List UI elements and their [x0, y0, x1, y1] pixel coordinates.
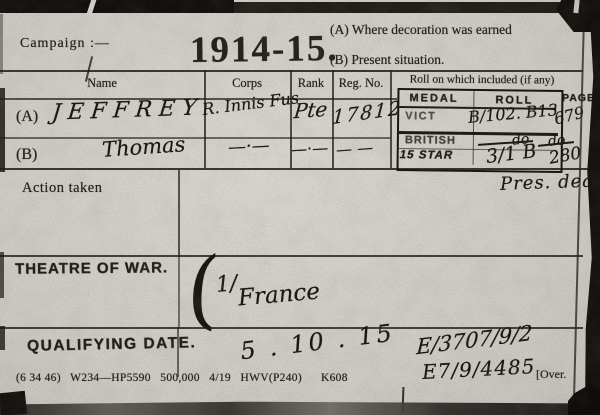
corner-note-b: (B) Present situation. — [330, 52, 444, 68]
row-b-rank-ditto: —·— — [291, 138, 329, 159]
action-divider-line — [178, 170, 180, 255]
corner-note-a: (A) Where decoration was earned — [330, 22, 512, 38]
row-a-rank: Pte — [293, 97, 329, 124]
column-header-name: Name — [0, 76, 204, 91]
row-a-name: JEFFREY — [51, 95, 205, 125]
medal-star-label: 15 STAR — [398, 149, 454, 162]
theatre-of-war-label: THEATRE OF WAR. — [15, 259, 168, 277]
medal-victory-label: VICT — [405, 110, 436, 122]
situation-note: Pres. dead — [500, 170, 600, 195]
row-b-regno-ditto: — — — [335, 138, 373, 160]
action-taken-label: Action taken — [22, 180, 103, 197]
roll-column-line — [473, 91, 475, 165]
card-edge-line — [572, 0, 585, 415]
reference-line-2: E7/9/4485 — [421, 354, 536, 384]
left-edge-mark-3 — [0, 326, 5, 350]
column-header-corps: Corps — [204, 76, 290, 91]
medal-british-label: BRITISH — [405, 134, 456, 147]
theatre-divider-line — [178, 255, 180, 327]
row-a-label: (A) — [16, 108, 38, 126]
medal-index-card: Campaign :— 1914-15. (A) Where decoratio… — [0, 0, 600, 415]
row-b-name: Thomas — [101, 132, 186, 162]
right-torn-band — [585, 22, 600, 415]
over-note: [Over. — [536, 367, 566, 382]
table-top-line — [0, 70, 583, 72]
qualifying-divider-line — [177, 327, 179, 377]
print-code: (6 34 46) W234—HP5590 500,000 4/19 HWV(P… — [16, 372, 348, 384]
qualifying-date-label: QUALIFYING DATE. — [27, 334, 197, 356]
top-scan-bar-left-blob — [0, 0, 234, 13]
left-edge-mark-4 — [0, 14, 3, 74]
bottom-left-corner-blob — [0, 391, 27, 415]
roll-table-title: Roll on which included (if any) — [397, 73, 567, 86]
campaign-label: Campaign :— — [20, 36, 110, 52]
row-a-corps: R. Innis Fus — [201, 88, 300, 119]
page-value-star: 280 — [548, 143, 583, 168]
theatre-value-number: 1/ — [215, 271, 239, 298]
campaign-value: 1914-15. — [190, 27, 339, 72]
column-header-regno: Reg. No. — [332, 76, 390, 91]
row-a-regno: 17812 — [332, 97, 403, 129]
left-edge-mark-2 — [0, 252, 4, 298]
row-b-corps-ditto: —·— — [227, 135, 270, 158]
bottom-scan-band — [0, 401, 600, 415]
left-edge-mark-1 — [0, 88, 5, 172]
qualifying-date-value: 5 . 10 . 15 — [239, 319, 396, 366]
medal-column-header: MEDAL — [409, 92, 458, 105]
theatre-value-text: France — [237, 278, 321, 311]
row-b-label: (B) — [16, 146, 37, 164]
action-bottom-line — [0, 255, 583, 257]
